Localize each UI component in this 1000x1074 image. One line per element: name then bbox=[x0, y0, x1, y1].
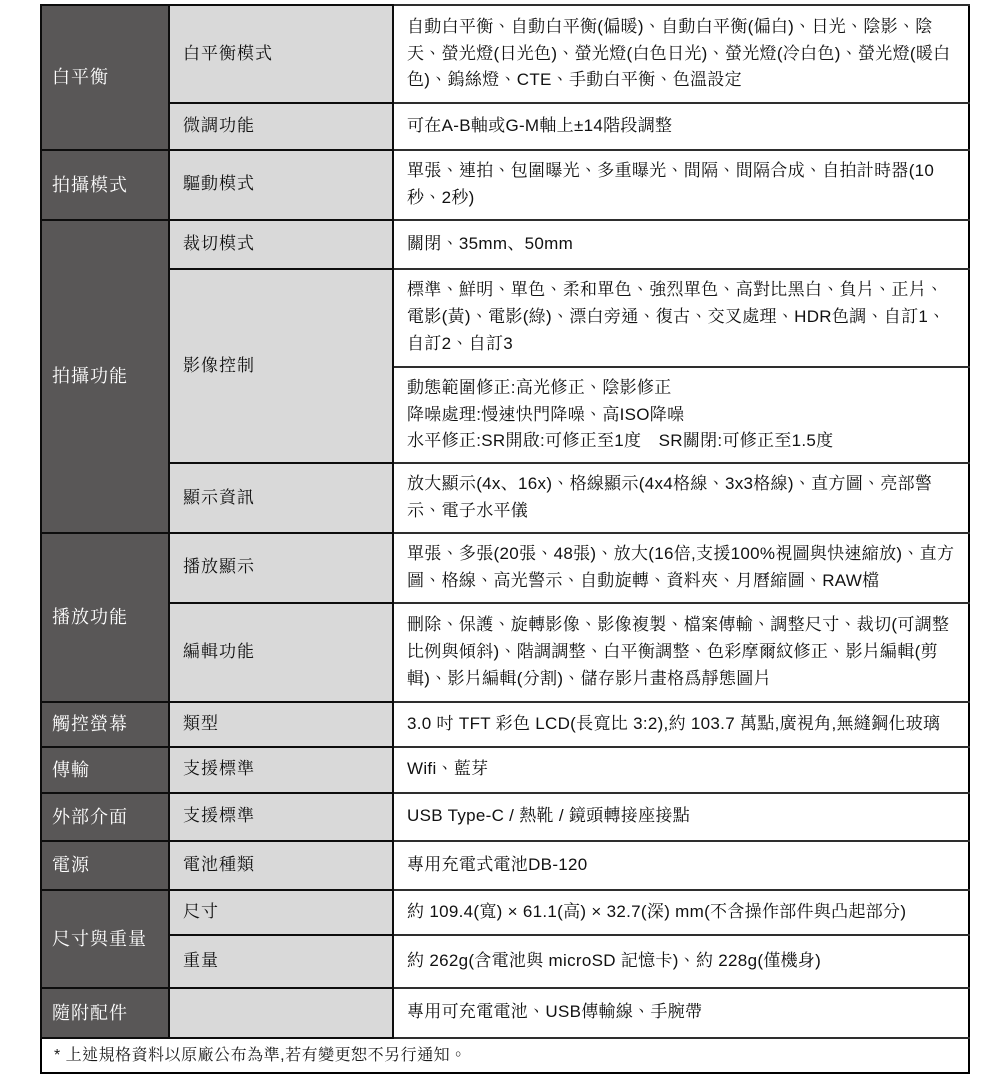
value-white-balance-mode: 自動白平衡、自動白平衡(偏暖)、自動白平衡(偏白)、日光、陰影、陰天、螢光燈(日… bbox=[393, 5, 969, 103]
value-transfer-standard: Wifi、藍芽 bbox=[393, 747, 969, 793]
label-image-control: 影像控制 bbox=[169, 269, 393, 464]
label-battery-type: 電池種類 bbox=[169, 841, 393, 890]
category-external-interface: 外部介面 bbox=[41, 793, 169, 841]
value-dimensions: 約 109.4(寬) × 61.1(高) × 32.7(深) mm(不含操作部件… bbox=[393, 890, 969, 935]
category-shooting-functions: 拍攝功能 bbox=[41, 220, 169, 533]
category-playback-functions: 播放功能 bbox=[41, 533, 169, 702]
label-transfer-standard: 支援標準 bbox=[169, 747, 393, 793]
spec-footnote: * 上述規格資料以原廠公布為準,若有變更恕不另行通知。 bbox=[41, 1038, 969, 1073]
label-drive-mode: 驅動模式 bbox=[169, 150, 393, 220]
camera-spec-table: 白平衡 白平衡模式 自動白平衡、自動白平衡(偏暖)、自動白平衡(偏白)、日光、陰… bbox=[40, 4, 970, 1074]
value-image-control-styles: 標準、鮮明、單色、柔和單色、強烈單色、高對比黑白、負片、正片、電影(黃)、電影(… bbox=[393, 269, 969, 367]
label-display-info: 顯示資訊 bbox=[169, 463, 393, 533]
label-interface-standard: 支援標準 bbox=[169, 793, 393, 841]
category-touchscreen: 觸控螢幕 bbox=[41, 702, 169, 747]
value-edit-functions: 刪除、保護、旋轉影像、影像複製、檔案傳輸、調整尺寸、裁切(可調整比例與傾斜)、階… bbox=[393, 603, 969, 702]
label-playback-display: 播放顯示 bbox=[169, 533, 393, 603]
category-dimensions-weight: 尺寸與重量 bbox=[41, 890, 169, 988]
value-screen-type: 3.0 吋 TFT 彩色 LCD(長寬比 3:2),約 103.7 萬點,廣視角… bbox=[393, 702, 969, 747]
value-image-control-corrections: 動態範圍修正:高光修正、陰影修正 降噪處理:慢速快門降噪、高ISO降噪 水平修正… bbox=[393, 367, 969, 464]
label-white-balance-mode: 白平衡模式 bbox=[169, 5, 393, 103]
label-edit-functions: 編輯功能 bbox=[169, 603, 393, 702]
label-screen-type: 類型 bbox=[169, 702, 393, 747]
category-transfer: 傳輸 bbox=[41, 747, 169, 793]
label-dimensions: 尺寸 bbox=[169, 890, 393, 935]
value-weight: 約 262g(含電池與 microSD 記憶卡)、約 228g(僅機身) bbox=[393, 935, 969, 988]
category-accessories: 隨附配件 bbox=[41, 988, 169, 1038]
category-power: 電源 bbox=[41, 841, 169, 890]
label-weight: 重量 bbox=[169, 935, 393, 988]
category-shooting-mode: 拍攝模式 bbox=[41, 150, 169, 220]
label-fine-tune: 微調功能 bbox=[169, 103, 393, 150]
value-fine-tune: 可在A-B軸或G-M軸上±14階段調整 bbox=[393, 103, 969, 150]
value-crop-mode: 關閉、35mm、50mm bbox=[393, 220, 969, 269]
value-battery-type: 專用充電式電池DB-120 bbox=[393, 841, 969, 890]
label-crop-mode: 裁切模式 bbox=[169, 220, 393, 269]
spec-page: 白平衡 白平衡模式 自動白平衡、自動白平衡(偏暖)、自動白平衡(偏白)、日光、陰… bbox=[0, 0, 1000, 1028]
value-playback-display: 單張、多張(20張、48張)、放大(16倍,支援100%視圖與快速縮放)、直方圖… bbox=[393, 533, 969, 603]
category-white-balance: 白平衡 bbox=[41, 5, 169, 150]
value-drive-mode: 單張、連拍、包圍曝光、多重曝光、間隔、間隔合成、自拍計時器(10秒、2秒) bbox=[393, 150, 969, 220]
label-accessories-empty bbox=[169, 988, 393, 1038]
value-display-info: 放大顯示(4x、16x)、格線顯示(4x4格線、3x3格線)、直方圖、亮部警示、… bbox=[393, 463, 969, 533]
value-interface-standard: USB Type-C / 熱靴 / 鏡頭轉接座接點 bbox=[393, 793, 969, 841]
value-accessories: 專用可充電電池、USB傳輸線、手腕帶 bbox=[393, 988, 969, 1038]
